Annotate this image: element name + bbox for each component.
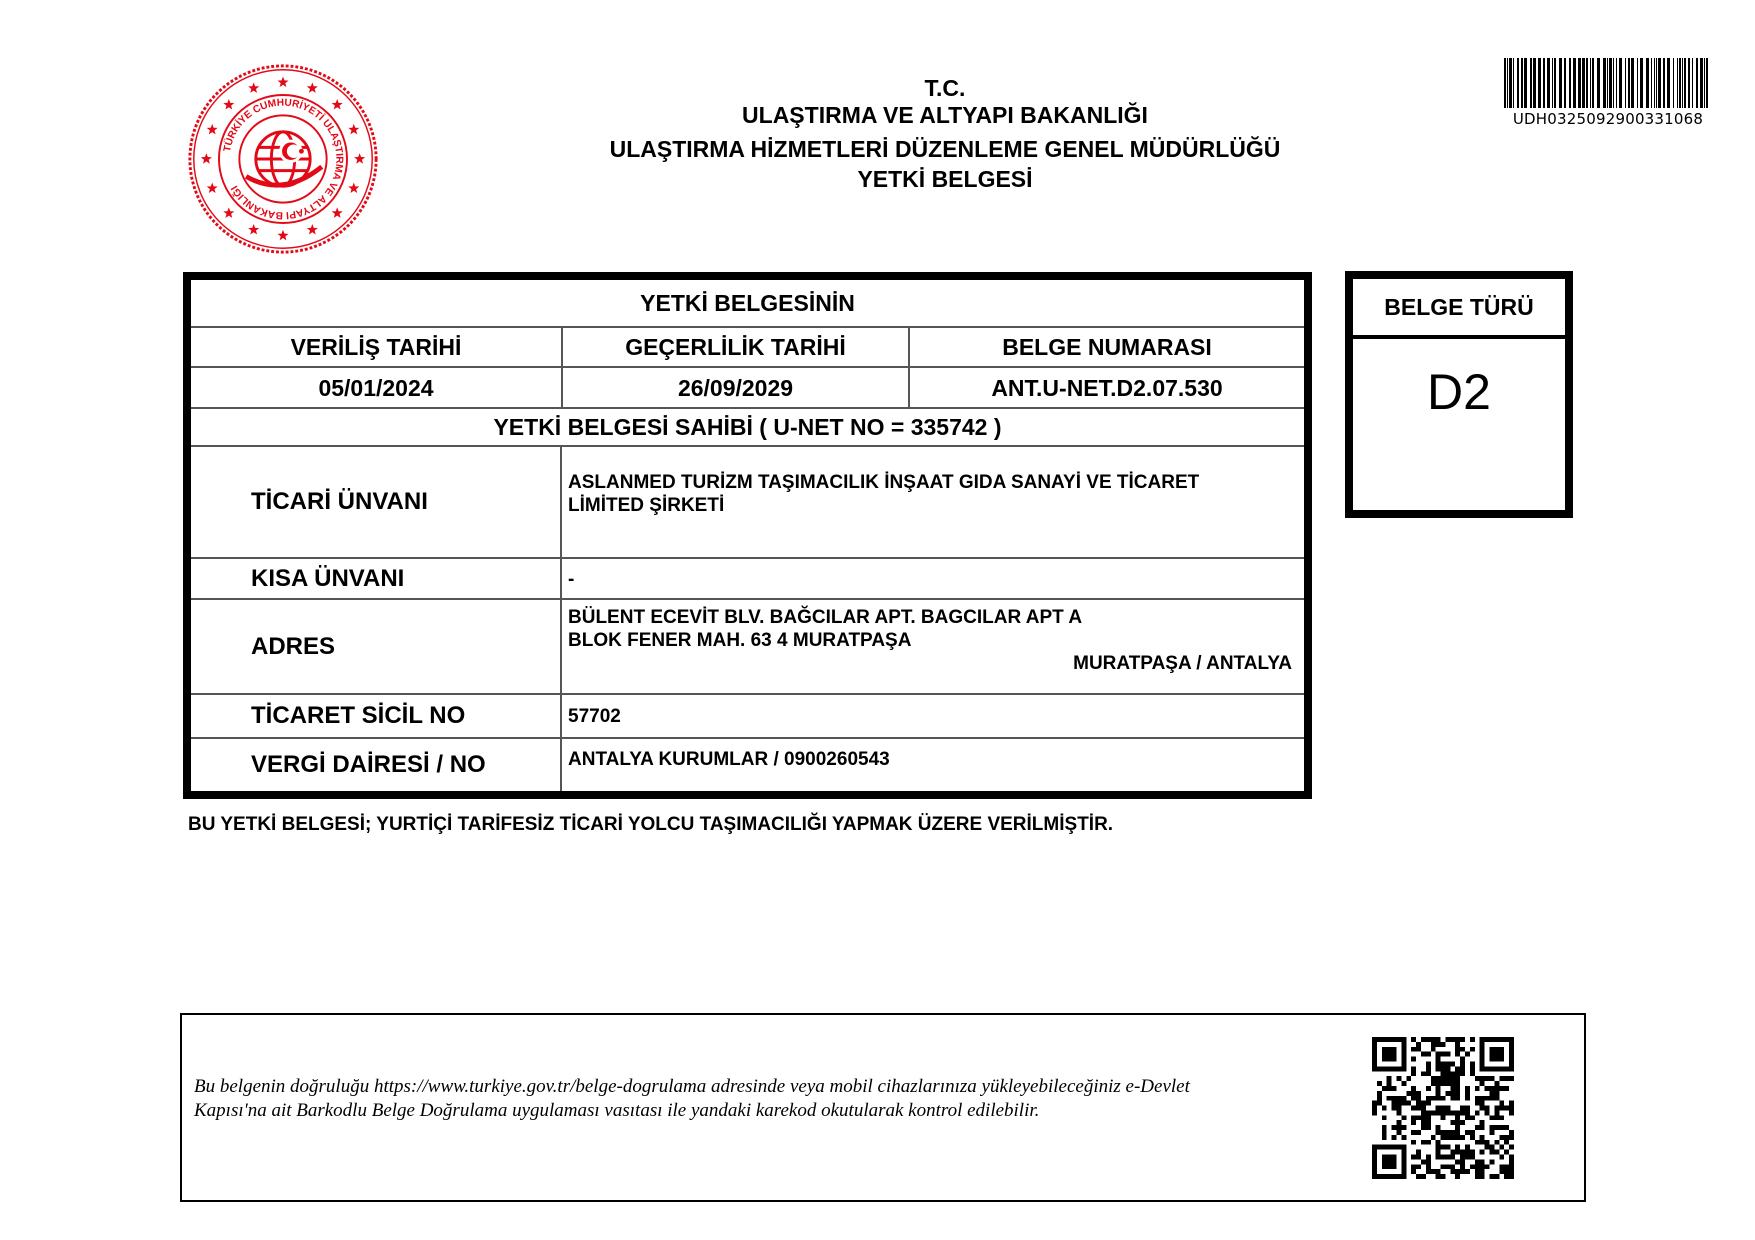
section-title: YETKİ BELGESİNİN <box>191 280 1304 327</box>
header-country: T.C. <box>520 75 1370 101</box>
address-line-2: BLOK FENER MAH. 63 4 MURATPAŞA <box>562 629 911 652</box>
value-trade-registry-no: 57702 <box>562 695 1304 737</box>
value-trade-name: ASLANMED TURİZM TAŞIMACILIK İNŞAAT GIDA … <box>562 447 1304 557</box>
header-document-title: YETKİ BELGESİ <box>520 166 1370 192</box>
ministry-seal-icon: TÜRKİYE CUMHURİYETİ ULAŞTIRMA VE ALTYAPI… <box>186 62 380 256</box>
column-header-issue-date: VERİLİŞ TARİHİ <box>191 328 561 367</box>
verification-box: Bu belgenin doğruluğu https://www.turkiy… <box>180 1013 1586 1202</box>
document-type-title: BELGE TÜRÜ <box>1353 279 1565 339</box>
issue-date-value: 05/01/2024 <box>191 368 561 408</box>
certificate-table: YETKİ BELGESİNİN VERİLİŞ TARİHİ GEÇERLİL… <box>183 272 1312 799</box>
trade-name-line-1: ASLANMED TURİZM TAŞIMACILIK İNŞAAT GIDA … <box>568 471 1199 494</box>
label-trade-registry-no: TİCARET SİCİL NO <box>191 695 560 737</box>
label-trade-name: TİCARİ ÜNVANI <box>191 447 560 557</box>
authorization-note: BU YETKİ BELGESİ; YURTİÇİ TARİFESİZ TİCA… <box>188 814 1113 836</box>
label-short-name: KISA ÜNVANI <box>191 559 560 599</box>
value-short-name: - <box>562 559 1304 599</box>
value-tax-office: ANTALYA KURUMLAR / 0900260543 <box>562 739 1304 779</box>
barcode-number: UDH0325092900331068 <box>1498 110 1718 128</box>
validity-date-value: 26/09/2029 <box>563 368 908 408</box>
document-type-box: BELGE TÜRÜ D2 <box>1345 271 1573 518</box>
barcode-icon <box>1504 58 1712 108</box>
address-line-1: BÜLENT ECEVİT BLV. BAĞCILAR APT. BAGCILA… <box>562 606 1082 629</box>
header-ministry: ULAŞTIRMA VE ALTYAPI BAKANLIĞI <box>520 102 1370 128</box>
value-address: BÜLENT ECEVİT BLV. BAĞCILAR APT. BAGCILA… <box>562 600 1304 693</box>
document-type-value: D2 <box>1353 339 1565 510</box>
holder-title: YETKİ BELGESİ SAHİBİ ( U-NET NO = 335742… <box>191 409 1304 446</box>
trade-name-line-2: LİMİTED ŞİRKETİ <box>568 494 724 517</box>
label-tax-office: VERGİ DAİRESİ / NO <box>191 739 560 791</box>
verification-line-2: Kapısı'na ait Barkodlu Belge Doğrulama u… <box>194 1099 1344 1123</box>
header-directorate: ULAŞTIRMA HİZMETLERİ DÜZENLEME GENEL MÜD… <box>520 136 1370 162</box>
qr-code-icon[interactable] <box>1372 1037 1514 1179</box>
label-address: ADRES <box>191 600 560 693</box>
column-header-validity-date: GEÇERLİLİK TARİHİ <box>563 328 908 367</box>
verification-line-1: Bu belgenin doğruluğu https://www.turkiy… <box>194 1075 1344 1099</box>
column-header-document-number: BELGE NUMARASI <box>910 328 1304 367</box>
document-number-value: ANT.U-NET.D2.07.530 <box>910 368 1304 408</box>
address-city: MURATPAŞA / ANTALYA <box>1067 652 1292 675</box>
verification-text: Bu belgenin doğruluğu https://www.turkiy… <box>194 1075 1344 1123</box>
